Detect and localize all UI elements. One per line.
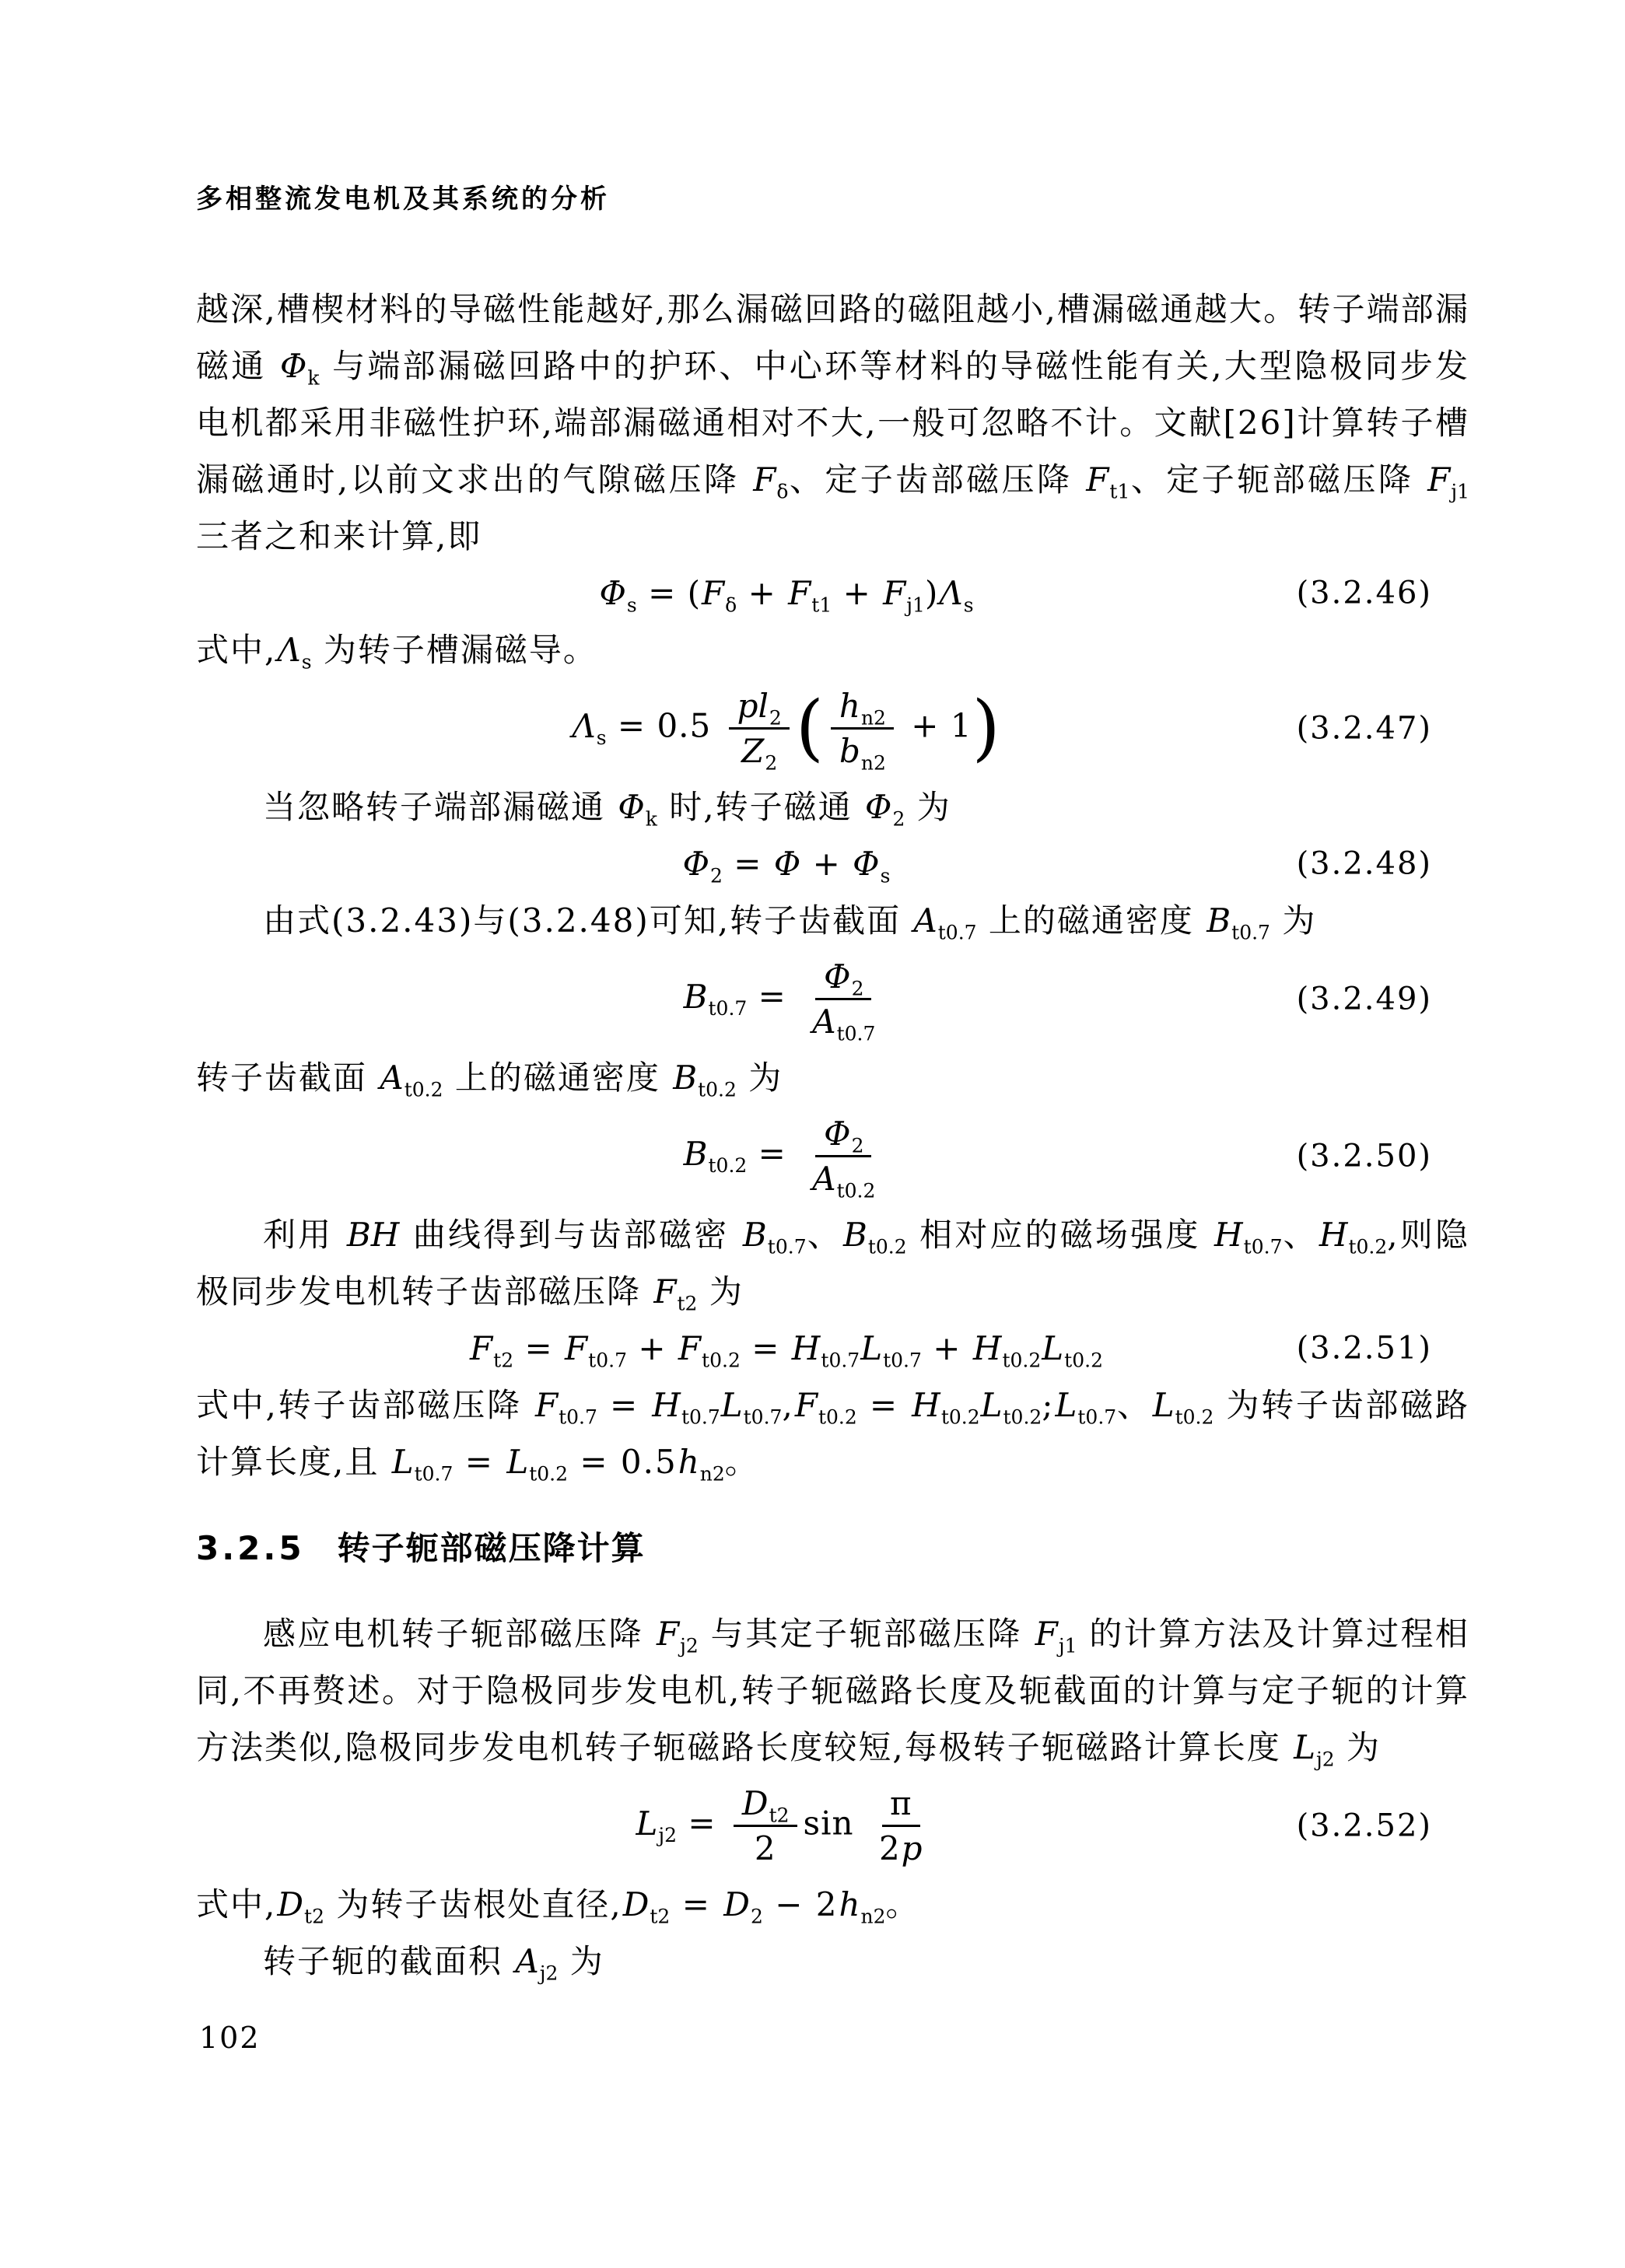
math-subscript: t0.2 xyxy=(1175,1406,1214,1429)
page-number: 102 xyxy=(199,2021,261,2055)
equation-number-3-2-48: (3.2.48) xyxy=(1297,835,1432,892)
math-variable: A xyxy=(514,1942,539,1980)
math-subscript: 2 xyxy=(892,807,905,830)
section-number: 3.2.5 xyxy=(196,1529,305,1567)
math-variable: F xyxy=(564,1329,588,1367)
math-variable: H xyxy=(651,1386,681,1424)
math-subscript: t0.7 xyxy=(837,1022,876,1045)
math-variable: L xyxy=(980,1386,1003,1424)
math-variable: F xyxy=(1085,460,1109,499)
math-variable: L xyxy=(1152,1386,1175,1424)
math-fraction: pl2Z2 xyxy=(729,686,790,771)
math-subscript: t2 xyxy=(304,1906,324,1928)
math-subscript: t2 xyxy=(650,1906,670,1928)
math-variable: F xyxy=(1035,1615,1059,1653)
math-subscript: t1 xyxy=(811,593,832,616)
math-subscript: t0.7 xyxy=(709,997,748,1020)
paragraph-where-tooth-drop: 式中,转子齿部磁压降 Ft0.7 = Ht0.7Lt0.7,Ft0.2 = Ht… xyxy=(196,1377,1469,1490)
equation-3-2-50: Bt0.2 = Φ2At0.2 xyxy=(196,1114,1469,1199)
equation-number-3-2-49: (3.2.49) xyxy=(1297,971,1432,1027)
paragraph-slot-wedge: 越深,槽楔材料的导磁性能越好,那么漏磁回路的磁阻越小,槽漏磁通越大。转子端部漏磁… xyxy=(196,281,1469,565)
math-variable: H xyxy=(791,1329,821,1367)
math-subscript: t0.2 xyxy=(868,1236,907,1258)
math-subscript: t0.7 xyxy=(681,1406,720,1429)
math-subscript: t0.2 xyxy=(941,1406,980,1429)
paragraph-where-lambda: 式中,Λs 为转子槽漏磁导。 xyxy=(196,621,1469,678)
math-subscript: t0.7 xyxy=(415,1463,454,1486)
paragraph-neglect-end-leakage: 当忽略转子端部漏磁通 Φk 时,转子磁通 Φ2 为 xyxy=(196,779,1469,835)
math-variable: p xyxy=(901,1829,923,1867)
math-subscript: t0.7 xyxy=(883,1349,922,1372)
math-subscript: δ xyxy=(776,480,788,502)
math-fraction: π2p xyxy=(871,1783,931,1868)
equation-row-3-2-46: Φs = (Fδ + Ft1 + Fj1)Λs (3.2.46) xyxy=(196,565,1469,621)
equation-number-3-2-47: (3.2.47) xyxy=(1297,700,1432,757)
math-subscript: t2 xyxy=(493,1349,513,1372)
math-subscript: 2 xyxy=(852,1135,864,1157)
math-subscript: s xyxy=(627,593,637,616)
math-variable: H xyxy=(1319,1216,1349,1254)
math-variable: L xyxy=(1293,1728,1316,1766)
math-subscript: t0.2 xyxy=(702,1349,741,1372)
math-variable: F xyxy=(656,1615,680,1653)
math-subscript: j1 xyxy=(1451,480,1469,502)
paragraph-bh-curve: 利用 BH 曲线得到与齿部磁密 Bt0.7、Bt0.2 相对应的磁场强度 Ht0… xyxy=(196,1206,1469,1320)
math-variable: H xyxy=(911,1386,941,1424)
math-variable: L xyxy=(720,1386,744,1424)
math-variable: h xyxy=(839,687,861,725)
math-subscript: j2 xyxy=(1316,1748,1335,1771)
equation-3-2-47: Λs = 0.5 pl2Z2(hn2bn2 + 1) xyxy=(196,686,1469,771)
math-variable: A xyxy=(811,1003,836,1041)
math-subscript: t0.2 xyxy=(709,1154,748,1177)
math-subscript: s xyxy=(964,593,974,616)
math-variable: D xyxy=(741,1784,769,1822)
math-subscript: t2 xyxy=(678,1293,698,1315)
math-variable: Φ xyxy=(864,788,892,826)
math-variable: h xyxy=(838,1885,860,1923)
math-variable: L xyxy=(1041,1329,1064,1367)
equation-3-2-48: Φ2 = Φ + Φs xyxy=(196,835,1469,892)
math-variable: Z xyxy=(741,732,765,770)
math-fraction: Dt22 xyxy=(734,1783,797,1868)
equation-row-3-2-52: Lj2 = Dt22sin π2p (3.2.52) xyxy=(196,1783,1469,1868)
math-variable: B xyxy=(1206,901,1231,940)
math-subscript: t0.2 xyxy=(404,1079,443,1101)
paragraph-tooth-section-02: 转子齿截面 At0.2 上的磁通密度 Bt0.2 为 xyxy=(196,1049,1469,1106)
math-variable: Φ xyxy=(598,574,626,612)
math-subscript: t1 xyxy=(1109,480,1129,502)
math-subscript: n2 xyxy=(700,1463,725,1486)
math-subscript: t0.7 xyxy=(821,1349,860,1372)
equation-3-2-49: Bt0.7 = Φ2At0.7 xyxy=(196,957,1469,1041)
math-subscript: t0.7 xyxy=(938,921,977,943)
math-variable: Λ xyxy=(938,574,963,612)
math-variable: pl xyxy=(737,687,769,725)
math-subscript: s xyxy=(302,650,312,673)
equation-number-3-2-50: (3.2.50) xyxy=(1297,1128,1432,1185)
equation-row-3-2-51: Ft2 = Ft0.7 + Ft0.2 = Ht0.7Lt0.7 + Ht0.2… xyxy=(196,1320,1469,1377)
math-subscript: t0.2 xyxy=(1003,1406,1042,1429)
math-variable: B xyxy=(672,1059,698,1097)
math-subscript: t0.2 xyxy=(1002,1349,1041,1372)
math-variable: B xyxy=(742,1216,768,1254)
math-variable: F xyxy=(678,1329,702,1367)
math-subscript: t0.2 xyxy=(1348,1236,1387,1258)
math-subscript: 2 xyxy=(710,864,723,887)
math-subscript: t0.7 xyxy=(588,1349,627,1372)
math-variable: F xyxy=(701,574,725,612)
math-variable: A xyxy=(379,1059,404,1097)
math-fraction: hn2bn2 xyxy=(831,686,894,771)
math-variable: Φ xyxy=(682,845,710,883)
math-paren: ( xyxy=(796,685,825,769)
math-subscript: t0.7 xyxy=(744,1406,783,1429)
page-content: 多相整流发电机及其系统的分析 越深,槽楔材料的导磁性能越好,那么漏磁回路的磁阻越… xyxy=(196,177,1469,1990)
math-fraction: Φ2At0.7 xyxy=(804,957,883,1041)
math-subscript: t0.7 xyxy=(1244,1236,1283,1258)
math-subscript: 2 xyxy=(765,751,777,774)
math-subscript: k xyxy=(646,807,657,830)
math-subscript: j2 xyxy=(658,1824,677,1846)
math-subscript: k xyxy=(307,366,319,389)
math-variable: F xyxy=(653,1272,677,1311)
math-subscript: s xyxy=(881,864,891,887)
math-variable: Φ xyxy=(823,957,851,996)
math-subscript: t0.2 xyxy=(698,1079,737,1101)
math-subscript: j2 xyxy=(540,1962,559,1985)
section-title: 转子轭部磁压降计算 xyxy=(338,1529,646,1567)
math-variable: L xyxy=(391,1443,415,1481)
paragraph-where-dt2: 式中,Dt2 为转子齿根处直径,Dt2 = D2 − 2hn2。 xyxy=(196,1876,1469,1933)
math-variable: D xyxy=(622,1885,650,1923)
section-heading-3-2-5: 3.2.5转子轭部磁压降计算 xyxy=(196,1523,1469,1570)
math-variable: D xyxy=(723,1885,751,1923)
math-variable: F xyxy=(794,1386,818,1424)
math-variable: Φ xyxy=(279,347,307,385)
math-subscript: t0.2 xyxy=(837,1180,876,1202)
math-subscript: j1 xyxy=(1059,1635,1077,1657)
math-paren: ) xyxy=(972,685,1001,769)
math-variable: Λ xyxy=(276,631,301,669)
math-subscript: 2 xyxy=(769,706,782,729)
math-variable: Φ xyxy=(773,845,801,883)
math-variable: Λ xyxy=(571,707,596,745)
math-variable: F xyxy=(534,1386,559,1424)
math-variable: H xyxy=(1213,1216,1244,1254)
math-variable: D xyxy=(276,1885,304,1923)
math-variable: BH xyxy=(346,1216,401,1254)
math-subscript: t0.7 xyxy=(559,1406,597,1429)
math-variable: Φ xyxy=(823,1115,851,1153)
math-variable: F xyxy=(1427,460,1451,499)
math-variable: B xyxy=(683,978,709,1016)
math-subscript: 2 xyxy=(852,977,864,999)
math-subscript: n2 xyxy=(861,1906,886,1928)
math-subscript: t0.2 xyxy=(818,1406,857,1429)
math-subscript: j2 xyxy=(680,1635,699,1657)
math-variable: F xyxy=(882,574,906,612)
math-variable: B xyxy=(683,1135,709,1173)
math-subscript: t0.7 xyxy=(1077,1406,1116,1429)
math-variable: A xyxy=(811,1160,836,1198)
math-subscript: n2 xyxy=(861,706,886,729)
math-subscript: 2 xyxy=(751,1906,763,1928)
math-subscript: t0.7 xyxy=(768,1236,807,1258)
math-variable: Φ xyxy=(617,788,645,826)
math-variable: F xyxy=(787,574,811,612)
math-variable: F xyxy=(469,1329,493,1367)
equation-row-3-2-47: Λs = 0.5 pl2Z2(hn2bn2 + 1) (3.2.47) xyxy=(196,686,1469,771)
math-variable: A xyxy=(912,901,937,940)
equation-3-2-52: Lj2 = Dt22sin π2p xyxy=(196,1783,1469,1868)
equation-row-3-2-50: Bt0.2 = Φ2At0.2 (3.2.50) xyxy=(196,1114,1469,1199)
book-page: 多相整流发电机及其系统的分析 越深,槽楔材料的导磁性能越好,那么漏磁回路的磁阻越… xyxy=(0,0,1625,2268)
equation-number-3-2-51: (3.2.51) xyxy=(1297,1320,1432,1377)
math-variable: F xyxy=(752,460,776,499)
math-subscript: j1 xyxy=(906,593,925,616)
equation-number-3-2-46: (3.2.46) xyxy=(1297,565,1432,621)
equation-row-3-2-49: Bt0.7 = Φ2At0.7 (3.2.49) xyxy=(196,957,1469,1041)
equation-number-3-2-52: (3.2.52) xyxy=(1297,1797,1432,1854)
math-variable: Φ xyxy=(852,845,880,883)
math-fraction: Φ2At0.2 xyxy=(804,1114,883,1199)
math-variable: L xyxy=(1054,1386,1077,1424)
equation-3-2-51: Ft2 = Ft0.7 + Ft0.2 = Ht0.7Lt0.7 + Ht0.2… xyxy=(196,1320,1469,1377)
math-variable: h xyxy=(678,1443,700,1481)
paragraph-yoke-area: 转子轭的截面积 Aj2 为 xyxy=(196,1933,1469,1990)
math-variable: B xyxy=(842,1216,868,1254)
math-subscript: n2 xyxy=(861,751,886,774)
math-variable: L xyxy=(635,1804,658,1843)
math-variable: L xyxy=(506,1443,529,1481)
math-subscript: t0.7 xyxy=(1231,921,1270,943)
math-variable: H xyxy=(972,1329,1003,1367)
math-subscript: t0.2 xyxy=(529,1463,568,1486)
equation-row-3-2-48: Φ2 = Φ + Φs (3.2.48) xyxy=(196,835,1469,892)
math-subscript: t2 xyxy=(769,1804,790,1827)
math-subscript: t0.2 xyxy=(1064,1349,1103,1372)
equation-3-2-46: Φs = (Fδ + Ft1 + Fj1)Λs xyxy=(196,565,1469,621)
math-subscript: δ xyxy=(725,593,737,616)
math-subscript: s xyxy=(597,726,607,749)
paragraph-induction-yoke: 感应电机转子轭部磁压降 Fj2 与其定子轭部磁压降 Fj1 的计算方法及计算过程… xyxy=(196,1605,1469,1776)
math-variable: b xyxy=(839,732,861,770)
paragraph-from-eq43-48: 由式(3.2.43)与(3.2.48)可知,转子齿截面 At0.7 上的磁通密度… xyxy=(196,892,1469,949)
math-variable: L xyxy=(860,1329,883,1367)
running-head: 多相整流发电机及其系统的分析 xyxy=(196,177,1469,215)
